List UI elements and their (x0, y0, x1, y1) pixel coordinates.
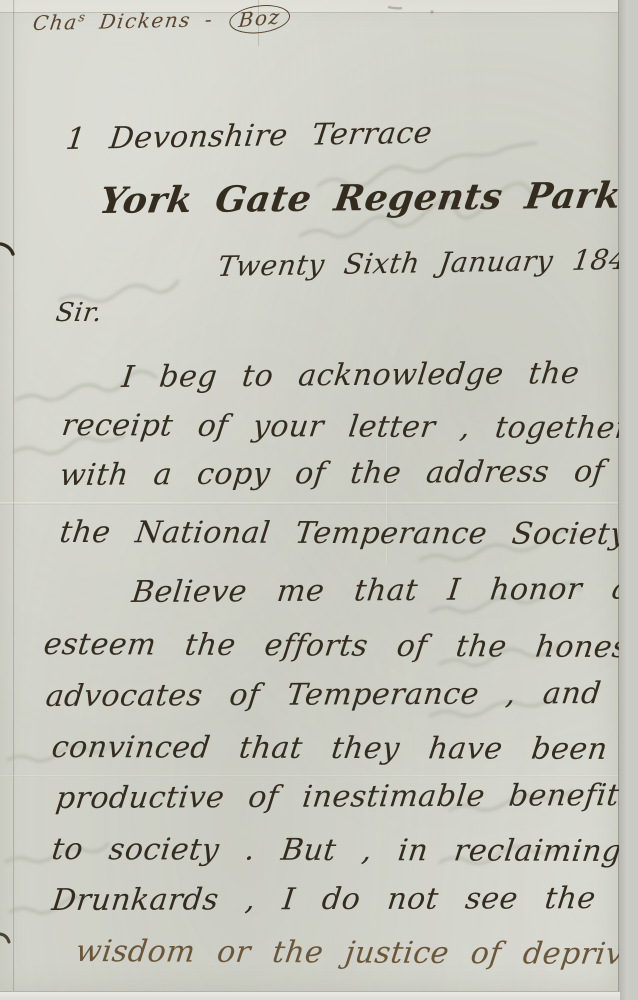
fold-crease-middle (0, 502, 618, 505)
address-line-1: 1 Devonshire Terrace (64, 116, 434, 157)
fold-crease-left (13, 0, 15, 992)
salutation: Sir. (54, 298, 104, 328)
annotation-surname: Dickens - (84, 7, 215, 34)
archivist-annotation: Chas Dickens -Boz (31, 5, 291, 38)
body-line: wisdom or the justice of depriving (74, 934, 638, 972)
letter-page: Chas Dickens -Boz 1 Devonshire Terrace Y… (0, 0, 619, 992)
date-line: Twenty Sixth January 1844. (216, 242, 638, 283)
body-line: I beg to acknowledge the (120, 356, 581, 395)
address-line-2: York Gate Regents Park (97, 175, 624, 222)
body-line: convinced that they have been (50, 730, 610, 767)
annotation-circled-pen-name: Boz (228, 3, 290, 36)
body-line: advocates of Temperance , and am (44, 676, 638, 714)
fold-crease-lower (0, 775, 618, 777)
adjacent-sheet-edge-right (619, 0, 638, 1000)
body-line: to society . But , in reclaiming (50, 832, 624, 869)
body-line: with a copy of the address of (58, 454, 606, 493)
body-line: Drunkards , I do not see the (50, 881, 598, 918)
body-line: the National Temperance Society. (58, 515, 636, 552)
annotation-name-prefix: Cha (31, 10, 79, 35)
body-line: esteem the efforts of the honest (42, 627, 638, 665)
body-line: productive of inestimable benefits (54, 778, 637, 816)
body-line: Believe me that I honor and (130, 571, 638, 610)
manuscript-letter-scan: Chas Dickens -Boz 1 Devonshire Terrace Y… (0, 0, 638, 1000)
adjacent-sheet-edge-bottom (0, 991, 620, 1000)
body-line: receipt of your letter , together (60, 408, 632, 446)
